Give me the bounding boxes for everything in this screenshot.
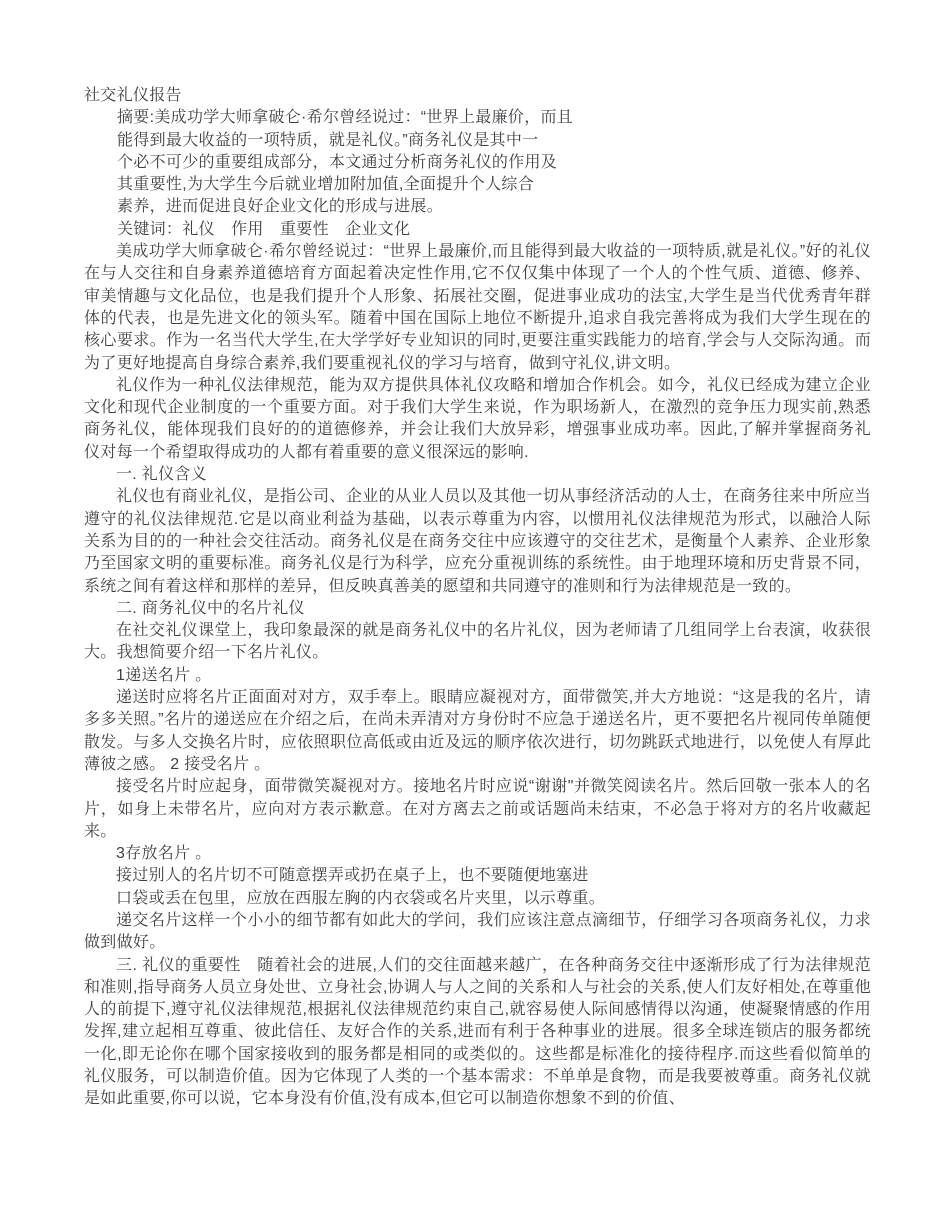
abstract-line: 其重要性,为大学生今后就业增加附加值,全面提升个人综合 [117,174,871,196]
document-page: 社交礼仪报告 摘要:美成功学大师拿破仑·希尔曾经说过：“世界上最廉价，而且 能得… [0,0,950,1230]
abstract-line: 素养，进而促进良好企业文化的形成与进展。 [117,196,871,218]
keywords-line: 关键词：礼仪 作用 重要性 企业文化 [117,219,871,241]
body-paragraph-business-etiquette-definition: 礼仪也有商业礼仪，是指公司、企业的从业人员以及其他一切从事经济活动的人士，在商务… [84,486,871,597]
section-heading-2-business-card: 二. 商务礼仪中的名片礼仪 [84,598,871,620]
section-heading-1-meaning: 一. 礼仪含义 [84,464,871,486]
body-line-storing-card-2: 口袋或丢在包里，应放在西服左胸的内衣袋或名片夹里，以示尊重。 [84,888,871,910]
body-paragraph-delivering-card: 递送时应将名片正面面对对方，双手奉上。眼睛应凝视对方，面带微笑,并大方地说：“这… [84,687,871,776]
body-paragraph-receiving-card: 接受名片时应起身，面带微笑凝视对方。接地名片时应说“谢谢"并微笑阅读名片。然后回… [84,776,871,843]
document-content: 社交礼仪报告 摘要:美成功学大师拿破仑·希尔曾经说过：“世界上最廉价，而且 能得… [84,85,871,1111]
list-item-1-delivering-card: 1递送名片 。 [84,665,871,687]
abstract-block: 摘要:美成功学大师拿破仑·希尔曾经说过：“世界上最廉价，而且 能得到最大收益的一… [117,107,871,241]
document-title: 社交礼仪报告 [84,85,871,107]
body-paragraph-section-3-importance: 三. 礼仪的重要性 随着社会的进展,人们的交往面越来越广，在各种商务交往中逐渐形… [84,955,871,1111]
body-paragraph-card-details: 递交名片这样一个小小的细节都有如此大的学问，我们应该注意点滴细节，仔细学习各项商… [84,910,871,955]
body-line-storing-card-1: 接过别人的名片切不可随意摆弄或扔在桌子上，也不要随便地塞进 [84,865,871,887]
body-paragraph-classroom: 在社交礼仪课堂上，我印象最深的就是商务礼仪中的名片礼仪，因为老师请了几组同学上台… [84,620,871,665]
abstract-line: 能得到最大收益的一项特质，就是礼仪。”商务礼仪是其中一 [117,130,871,152]
list-item-3-storing-card: 3存放名片 。 [84,843,871,865]
body-paragraph-intro: 美成功学大师拿破仑·希尔曾经说过：“世界上最廉价,而且能得到最大收益的一项特质,… [84,241,871,375]
abstract-line: 个必不可少的重要组成部分，本文通过分析商务礼仪的作用及 [117,152,871,174]
abstract-line: 摘要:美成功学大师拿破仑·希尔曾经说过：“世界上最廉价，而且 [117,107,871,129]
body-paragraph-etiquette-norms: 礼仪作为一种礼仪法律规范，能为双方提供具体礼仪攻略和增加合作机会。如今，礼仪已经… [84,375,871,464]
